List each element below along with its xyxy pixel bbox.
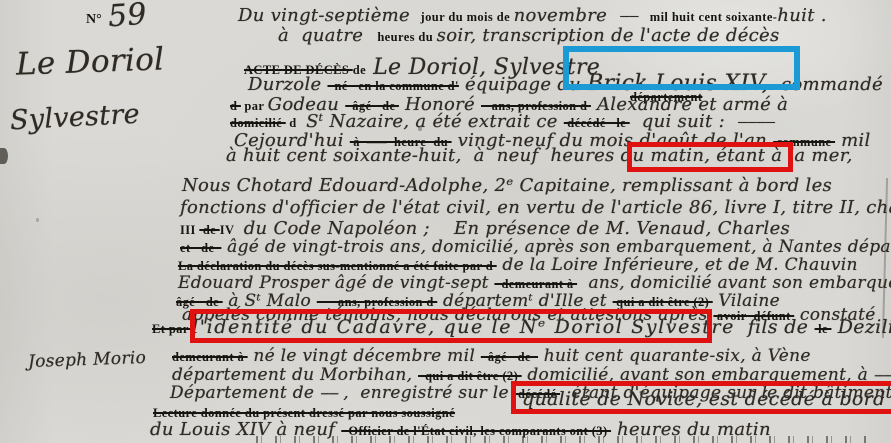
- margin-annotation-name: Joseph Morio: [28, 348, 147, 372]
- handwritten-text: ans, domicilié avant son embarquement,: [577, 273, 891, 293]
- text-line: Nous Chotard Edouard-Adolphe, 2ᵉ Capitai…: [182, 176, 832, 196]
- printed-form-text: âgé de: [481, 350, 538, 364]
- handwritten-text: Nous Chotard Edouard-Adolphe, 2ᵉ Capitai…: [182, 175, 832, 196]
- handwritten-text: Durzole: [248, 74, 327, 95]
- margin-registrant-name-line2: Sylvestre: [9, 99, 140, 137]
- handwritten-text: Département de ⎯⎯ , enregistré sur le: [170, 383, 515, 403]
- printed-form-text: par: [241, 99, 268, 113]
- printed-form-text: né en la commune d': [327, 79, 458, 93]
- handwritten-text: né le vingt décembre mil: [248, 346, 481, 366]
- novice-deceased-highlight-box: [511, 381, 891, 414]
- printed-form-text: d: [230, 99, 241, 113]
- text-line: à quatre heures du soir, transcription d…: [278, 26, 780, 46]
- handwritten-text: du Code Napoléon ; En présence de M. Ven…: [238, 218, 790, 239]
- printed-form-text: mil huit cent soixante-: [650, 10, 778, 24]
- text-line: Du vingt-septième jour du mois de novemb…: [238, 6, 827, 26]
- cadaver-identity-highlight-box: [190, 309, 712, 343]
- scan-speck: [418, 126, 422, 131]
- scan-speck: [0, 148, 8, 164]
- printed-form-text: IV: [220, 223, 238, 237]
- handwritten-text: huit .: [777, 5, 826, 26]
- text-line: demeurant à né le vingt décembre mil âgé…: [172, 347, 811, 366]
- clipped-bottom-text-line: [250, 436, 868, 443]
- handwritten-text: fils de: [735, 316, 815, 338]
- handwritten-text: novembre ⎯⎯: [514, 5, 650, 26]
- act-number-label: N°: [86, 12, 102, 28]
- scan-speck: [36, 218, 39, 222]
- printed-form-text: demeurant à: [172, 350, 248, 364]
- printed-form-text: décédé le: [564, 116, 630, 130]
- at-sea-highlight-box: [627, 142, 793, 172]
- text-line: fonctions d'officier de l'état civil, en…: [180, 198, 891, 218]
- printed-form-text: d: [286, 116, 300, 130]
- printed-form-text: III: [180, 223, 199, 237]
- act-number-value: 59: [107, 0, 148, 34]
- printed-form-text: qui a dit être (2): [418, 369, 522, 383]
- handwritten-text: de la Loire Inférieure, et de M. Chauvin: [497, 255, 858, 275]
- printed-form-text: jour du mois de: [410, 10, 514, 24]
- printed-form-text: et de: [180, 241, 221, 255]
- handwritten-text: âgé de vingt-trois ans, domicilié, après…: [221, 237, 891, 257]
- handwritten-text: huit cent quarante-six, à Vène: [538, 346, 811, 366]
- handwritten-text: Sᵗ Nazaire, a été extrait ce: [300, 111, 564, 132]
- printed-form-text: La déclaration du décès sus-mentionné a …: [178, 259, 497, 273]
- handwritten-text: fonctions d'officier de l'état civil, en…: [180, 197, 891, 218]
- handwritten-text: soir, transcription de l'acte de décès: [437, 25, 780, 46]
- handwritten-text: Edouard Prosper âgé de vingt-sept: [178, 273, 494, 293]
- printed-form-text: heures du: [363, 30, 436, 44]
- printed-form-text: Et par: [152, 322, 192, 336]
- handwritten-text: à quatre: [278, 25, 363, 46]
- handwritten-text: qui suit : ⎯⎯⎯⎯: [630, 111, 775, 132]
- handwritten-text: département du Morbihan,: [172, 365, 418, 385]
- printed-form-text: demeurant à: [494, 277, 577, 291]
- printed-form-text: Lecture donnée du présent dressé par nou…: [153, 406, 455, 420]
- printed-form-text: de: [199, 223, 219, 237]
- handwritten-text: Du vingt-septième: [238, 5, 410, 26]
- printed-form-text: domicilié: [230, 116, 286, 130]
- margin-registrant-name-line1: Le Doriol: [15, 41, 164, 82]
- vessel-highlight-box: [563, 46, 800, 90]
- printed-form-text: le: [815, 322, 832, 336]
- document-scan: N° 59 Le Doriol Sylvestre Joseph Morio D…: [0, 0, 891, 443]
